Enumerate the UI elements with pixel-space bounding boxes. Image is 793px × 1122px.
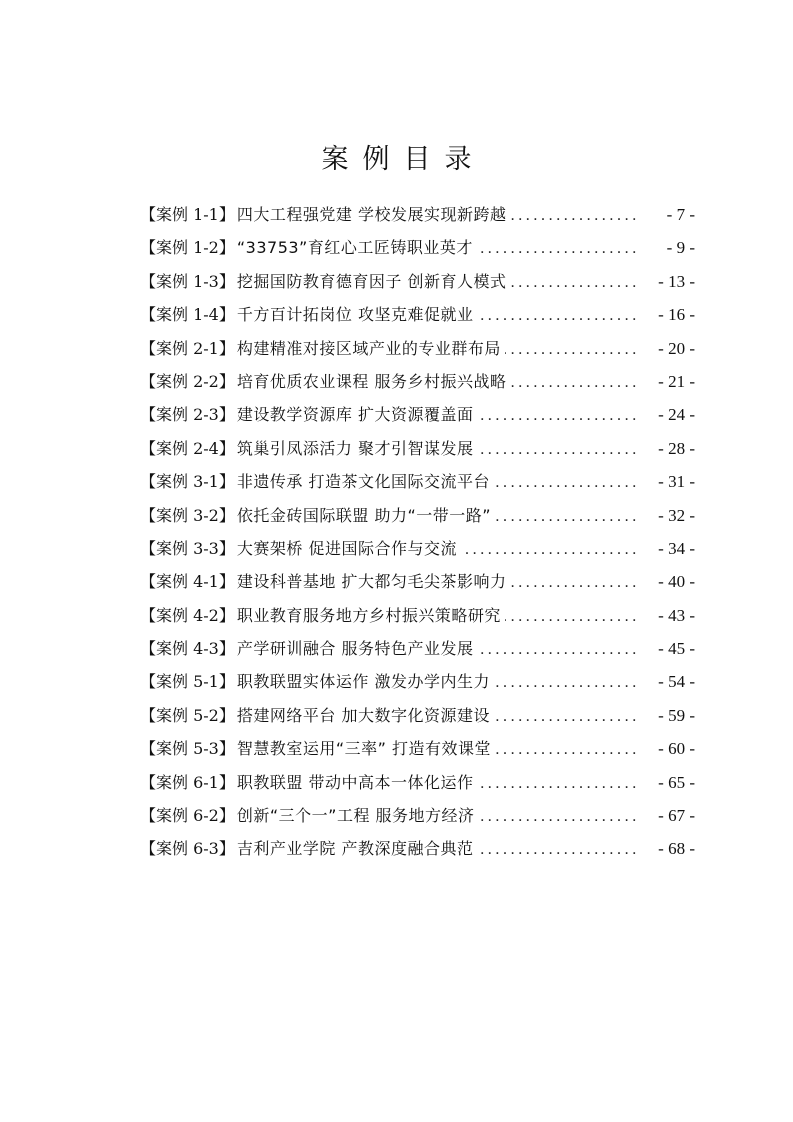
page-number: - 31 - [639,465,695,498]
page-number: - 32 - [639,499,695,532]
dot-leader [494,666,636,699]
case-title: 产学研训融合 服务特色产业发展 [235,632,474,665]
toc-entry[interactable]: 【案例 5-2】搭建网络平台 加大数字化资源建设- 59 - [140,699,695,732]
page-number: - 59 - [639,699,695,732]
toc-entry[interactable]: 【案例 2-2】培育优质农业课程 服务乡村振兴战略- 21 - [140,365,695,398]
page-number: - 7 - [639,198,695,231]
case-label: 【案例 4-1】 [140,565,235,598]
dot-leader [477,833,636,866]
document-page: 案例目录 【案例 1-1】四大工程强党建 学校发展实现新跨越- 7 - 【案例 … [0,0,793,1122]
case-title: 挖掘国防教育德育因子 创新育人模式 [235,265,507,298]
case-title: 筑巢引凤添活力 聚才引智谋发展 [235,432,474,465]
page-number: - 24 - [639,398,695,431]
toc-entry[interactable]: 【案例 2-3】建设教学资源库 扩大资源覆盖面- 24 - [140,398,695,431]
dot-leader [461,533,636,566]
page-title: 案例目录 [0,140,793,180]
case-title: 搭建网络平台 加大数字化资源建设 [235,699,490,732]
toc-entry[interactable]: 【案例 1-1】四大工程强党建 学校发展实现新跨越- 7 - [140,198,695,231]
case-label: 【案例 2-4】 [140,432,235,465]
dot-leader [495,733,636,766]
toc-entry[interactable]: 【案例 5-3】智慧教室运用“三率” 打造有效课堂- 60 - [140,732,695,765]
case-label: 【案例 3-2】 [140,499,235,532]
case-label: 【案例 6-3】 [140,832,235,865]
case-title: 构建精准对接区域产业的专业群布局 [235,332,501,365]
page-number: - 21 - [639,365,695,398]
page-number: - 40 - [639,565,695,598]
dot-leader [510,366,636,399]
toc-entry[interactable]: 【案例 5-1】职教联盟实体运作 激发办学内生力- 54 - [140,665,695,698]
page-number: - 13 - [639,265,695,298]
case-label: 【案例 6-2】 [140,799,235,832]
dot-leader [477,433,636,466]
page-number: - 34 - [639,532,695,565]
case-title: 依托金砖国际联盟 助力“一带一路” [235,499,491,532]
toc-entry[interactable]: 【案例 1-4】千方百计拓岗位 攻坚克难促就业- 16 - [140,298,695,331]
case-title: 建设科普基地 扩大都匀毛尖茶影响力 [235,565,507,598]
dot-leader [510,199,636,232]
case-label: 【案例 5-1】 [140,665,235,698]
case-title: 职教联盟 带动中高本一体化运作 [235,766,474,799]
toc-entry[interactable]: 【案例 1-2】“33753”育红心工匠铸职业英才- 9 - [140,231,695,264]
page-number: - 16 - [639,298,695,331]
page-number: - 65 - [639,766,695,799]
page-number: - 43 - [639,599,695,632]
toc-entry[interactable]: 【案例 6-3】吉利产业学院 产教深度融合典范- 68 - [140,832,695,865]
dot-leader [495,500,636,533]
case-label: 【案例 2-1】 [140,332,235,365]
page-number: - 45 - [639,632,695,665]
case-label: 【案例 1-3】 [140,265,235,298]
case-label: 【案例 1-1】 [140,198,235,231]
case-title: 吉利产业学院 产教深度融合典范 [235,832,474,865]
page-number: - 20 - [639,332,695,365]
case-label: 【案例 2-3】 [140,398,235,431]
dot-leader [477,299,636,332]
case-title: “33753”育红心工匠铸职业英才 [235,231,473,264]
case-label: 【案例 4-3】 [140,632,235,665]
toc-entry[interactable]: 【案例 6-1】职教联盟 带动中高本一体化运作- 65 - [140,766,695,799]
case-title: 非遗传承 打造茶文化国际交流平台 [235,465,490,498]
case-title: 建设教学资源库 扩大资源覆盖面 [235,398,474,431]
dot-leader [494,466,636,499]
toc-entry[interactable]: 【案例 1-3】挖掘国防教育德育因子 创新育人模式- 13 - [140,265,695,298]
case-title: 四大工程强党建 学校发展实现新跨越 [235,198,507,231]
dot-leader [479,800,636,833]
page-number: - 28 - [639,432,695,465]
page-number: - 68 - [639,832,695,865]
toc-entry[interactable]: 【案例 2-4】筑巢引凤添活力 聚才引智谋发展- 28 - [140,432,695,465]
case-label: 【案例 3-3】 [140,532,235,565]
dot-leader [510,266,636,299]
toc-entry[interactable]: 【案例 3-3】大赛架桥 促进国际合作与交流- 34 - [140,532,695,565]
case-label: 【案例 4-2】 [140,599,235,632]
toc-entry[interactable]: 【案例 2-1】构建精准对接区域产业的专业群布局- 20 - [140,332,695,365]
dot-leader [505,333,636,366]
dot-leader [477,399,636,432]
case-title: 千方百计拓岗位 攻坚克难促就业 [235,298,474,331]
page-number: - 67 - [639,799,695,832]
page-number: - 54 - [639,665,695,698]
dot-leader [477,767,636,800]
case-title: 职业教育服务地方乡村振兴策略研究 [235,599,501,632]
dot-leader [510,566,636,599]
dot-leader [505,600,636,633]
case-label: 【案例 1-4】 [140,298,235,331]
dot-leader [477,633,636,666]
toc-entry[interactable]: 【案例 4-1】建设科普基地 扩大都匀毛尖茶影响力- 40 - [140,565,695,598]
dot-leader [477,232,636,265]
dot-leader [494,700,636,733]
case-label: 【案例 5-3】 [140,732,235,765]
case-label: 【案例 6-1】 [140,766,235,799]
case-title: 创新“三个一”工程 服务地方经济 [235,799,475,832]
case-label: 【案例 1-2】 [140,231,235,264]
case-label: 【案例 5-2】 [140,699,235,732]
case-label: 【案例 3-1】 [140,465,235,498]
toc-entry[interactable]: 【案例 3-2】依托金砖国际联盟 助力“一带一路”- 32 - [140,499,695,532]
toc-entry[interactable]: 【案例 3-1】非遗传承 打造茶文化国际交流平台- 31 - [140,465,695,498]
case-title: 培育优质农业课程 服务乡村振兴战略 [235,365,507,398]
toc-entry[interactable]: 【案例 4-2】职业教育服务地方乡村振兴策略研究- 43 - [140,599,695,632]
toc-entry[interactable]: 【案例 4-3】产学研训融合 服务特色产业发展- 45 - [140,632,695,665]
case-title: 大赛架桥 促进国际合作与交流 [235,532,457,565]
case-title: 智慧教室运用“三率” 打造有效课堂 [235,732,491,765]
table-of-contents: 【案例 1-1】四大工程强党建 学校发展实现新跨越- 7 - 【案例 1-2】“… [140,198,695,866]
toc-entry[interactable]: 【案例 6-2】创新“三个一”工程 服务地方经济- 67 - [140,799,695,832]
page-number: - 9 - [639,231,695,264]
case-title: 职教联盟实体运作 激发办学内生力 [235,665,490,698]
case-label: 【案例 2-2】 [140,365,235,398]
page-number: - 60 - [639,732,695,765]
